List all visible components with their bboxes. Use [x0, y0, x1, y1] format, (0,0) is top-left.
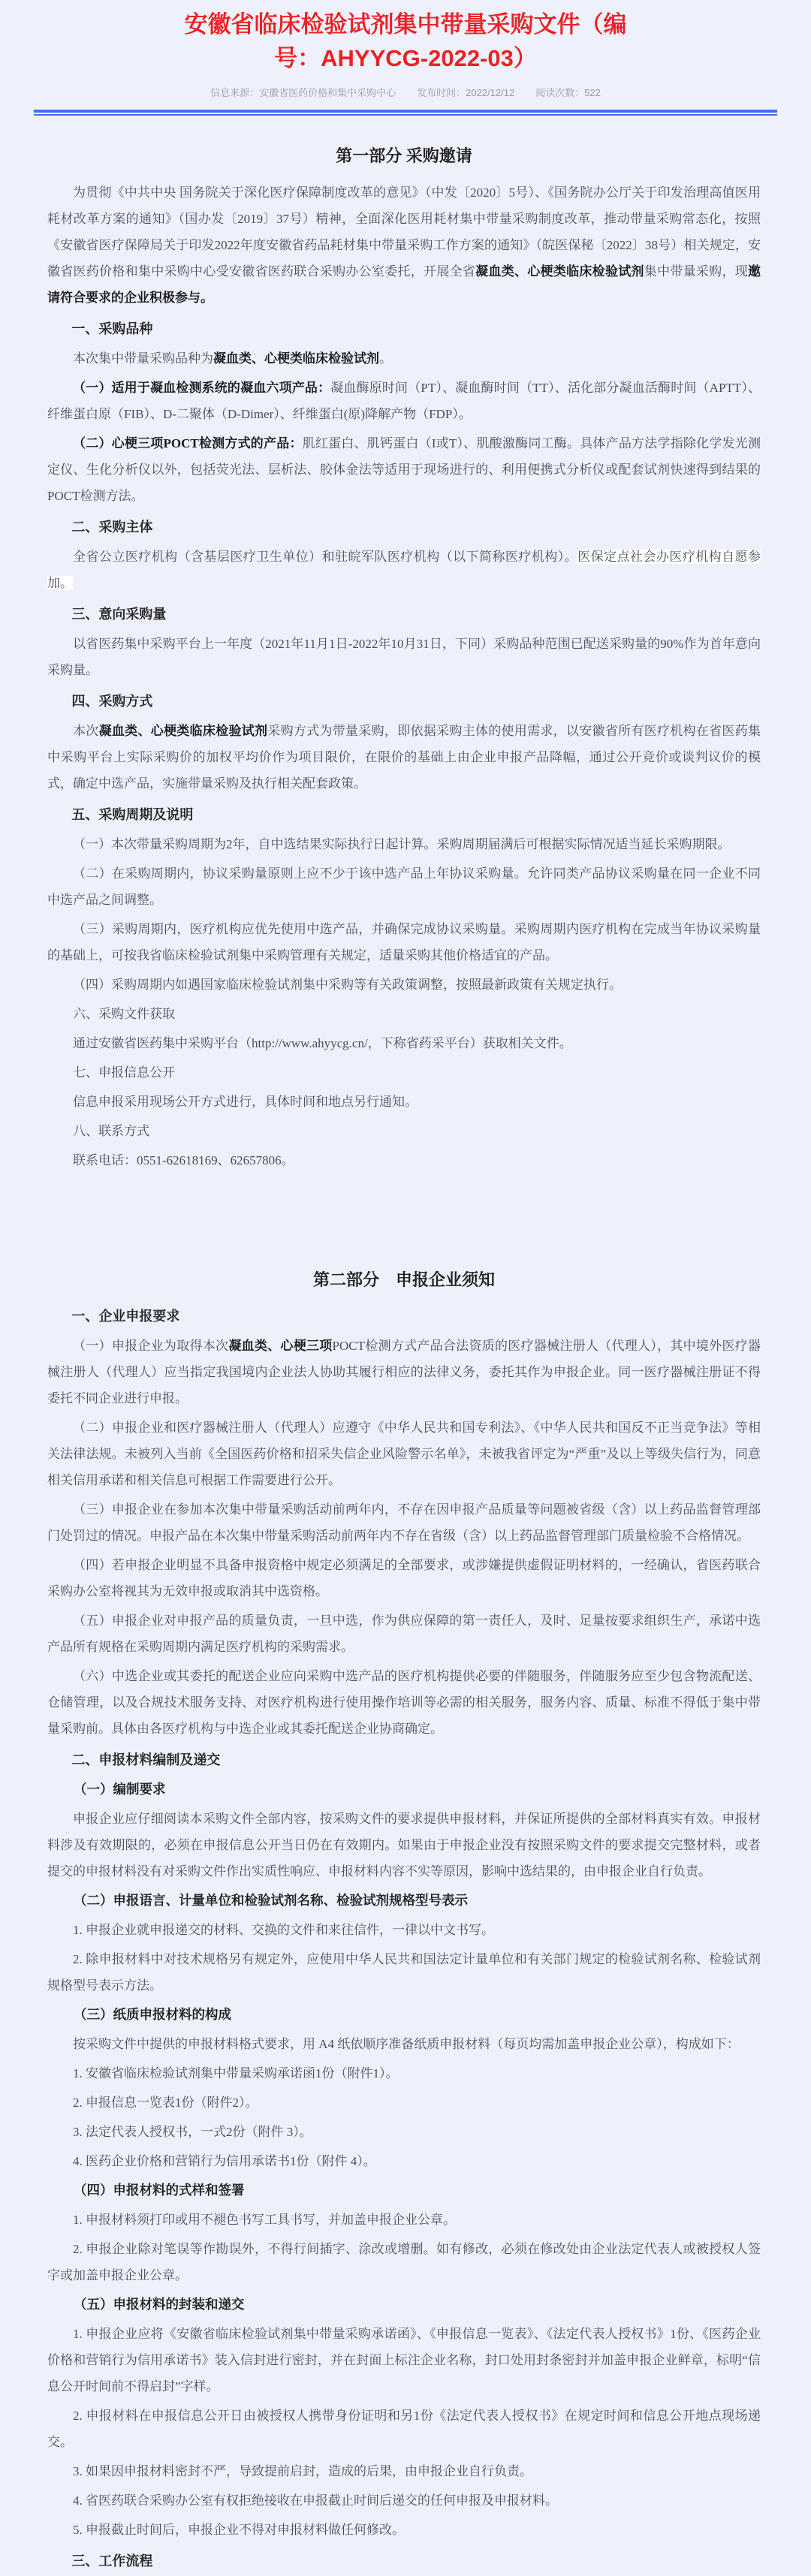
paragraph: 2. 申报信息一览表1份（附件2）。 [47, 2089, 761, 2116]
paragraph: 4. 医药企业价格和营销行为信用承诺书1份（附件 4）。 [47, 2148, 761, 2174]
text-run: 申报企业应仔细阅读本采购文件全部内容，按采购文件的要求提供申报材料，并保证所提供… [47, 1812, 761, 1879]
text-run: 一、采购品种 [71, 321, 152, 336]
section-heading: 八、联系方式 [47, 1118, 761, 1144]
part-title: 第一部分 采购邀请 [47, 143, 761, 169]
text-run: （一）编制要求 [74, 1782, 166, 1797]
paragraph: 2. 申报材料在申报信息公开日由被授权人携带身份证明和另1份《法定代表人授权书》… [47, 2403, 761, 2455]
text-run: 集中带量采购，现 [644, 264, 748, 279]
text-run: （二）在采购周期内，协议采购量原则上应不少于该中选产品上年协议采购量。允许同类产… [47, 866, 761, 907]
paragraph: （一）适用于凝血检测系统的凝血六项产品：凝血酶原时间（PT）、凝血酶时间（TT）… [47, 375, 761, 427]
paragraph: 1. 申报材料须打印或用不褪色书写工具书写，并加盖申报企业公章。 [47, 2207, 761, 2233]
text-run: 凝血类、心梗类临床检验试剂 [99, 724, 268, 738]
text-run: 通过安徽省医药集中采购平台（http://www.ahyycg.cn/，下称省药… [73, 1036, 572, 1050]
text-run: 3. 法定代表人授权书，一式2份（附件 3）。 [73, 2125, 312, 2139]
section-heading: 二、采购主体 [47, 514, 761, 541]
paragraph: 4. 省医药联合采购办公室有权拒绝接收在申报截止时间后递交的任何申报及申报材料。 [47, 2487, 761, 2514]
paragraph: 2. 申报企业除对笔误等作勘误外，不得行间插字、涂改或增删。如有修改，必须在修改… [47, 2236, 761, 2288]
paragraph: 1. 申报企业就申报递交的材料、交换的文件和来往信件，一律以中文书写。 [47, 1917, 761, 1943]
text-run: 1. 申报企业就申报递交的材料、交换的文件和来往信件，一律以中文书写。 [73, 1923, 494, 1937]
page-root: 安徽省临床检验试剂集中带量采购文件（编号：AHYYCG-2022-03） 信息来… [0, 0, 811, 2576]
text-run: 第二部分 申报企业须知 [313, 1270, 495, 1289]
text-run: 以省医药集中采购平台上一年度（2021年11月1日-2022年10月31日，下同… [47, 637, 761, 677]
paragraph: 信息申报采用现场公开方式进行，具体时间和地点另行通知。 [47, 1089, 761, 1115]
section-heading: 五、采购周期及说明 [47, 802, 761, 828]
text-run: （一）适用于凝血检测系统的凝血六项产品： [73, 381, 330, 395]
meta-publish-date: 发布时间：2022/12/12 [417, 87, 514, 98]
section-heading: 二、申报材料编制及递交 [47, 1747, 761, 1773]
paragraph: （三）采购周期内，医疗机构应优先使用中选产品，并确保完成协议采购量。采购周期内医… [47, 916, 761, 969]
paragraph: （六）中选企业或其委托的配送企业应向采购中选产品的医疗机构提供必要的伴随服务，伴… [47, 1663, 761, 1742]
text-run: 按采购文件中提供的申报材料格式要求，用 A4 纸依顺序准备纸质申报材料（每页均需… [73, 2037, 740, 2051]
text-run: （三）纸质申报材料的构成 [74, 2007, 231, 2022]
text-run: 2. 申报信息一览表1份（附件2）。 [73, 2095, 258, 2110]
text-run: 凝血类、心梗类临床检验试剂 [475, 264, 644, 279]
text-run: 信息申报采用现场公开方式进行，具体时间和地点另行通知。 [73, 1095, 418, 1109]
section-heading: 三、工作流程 [47, 2548, 761, 2574]
text-run: （一）本次带量采购周期为2年，自中选结果实际执行日起计算。采购周期届满后可根据实… [73, 837, 731, 851]
text-run: 二、申报材料编制及递交 [71, 1752, 220, 1767]
paragraph: 申报企业应仔细阅读本采购文件全部内容，按采购文件的要求提供申报材料，并保证所提供… [47, 1806, 761, 1885]
text-run: 4. 医药企业价格和营销行为信用承诺书1份（附件 4）。 [73, 2154, 376, 2168]
text-run: 1. 申报材料须打印或用不褪色书写工具书写，并加盖申报企业公章。 [73, 2213, 456, 2227]
text-run: 1. 安徽省临床检验试剂集中带量采购承诺函1份（附件1）。 [73, 2066, 399, 2080]
text-run: 联系电话：0551-62618169、62657806。 [73, 1153, 294, 1167]
paragraph: （一）本次带量采购周期为2年，自中选结果实际执行日起计算。采购周期届满后可根据实… [47, 831, 761, 857]
blue-divider [34, 110, 777, 116]
text-run: 全省公立医疗机构（含基层医疗卫生单位）和驻皖军队医疗机构（以下简称医疗机构）。 [73, 550, 577, 564]
text-run: （二）申报企业和医疗器械注册人（代理人）应遵守《中华人民共和国专利法》、《中华人… [47, 1421, 761, 1487]
document-body: 第一部分 采购邀请为贯彻《中共中央 国务院关于深化医疗保障制度改革的意见》（中发… [34, 116, 777, 2574]
text-run: 凝血类、心梗类临床检验试剂 [213, 351, 379, 366]
paragraph: （一）申报企业为取得本次凝血类、心梗三项POCT检测方式产品合法资质的医疗器械注… [47, 1333, 761, 1412]
section-heading: 四、采购方式 [47, 688, 761, 715]
paragraph: 本次集中带量采购品种为凝血类、心梗类临床检验试剂。 [47, 345, 761, 372]
paragraph: 为贯彻《中共中央 国务院关于深化医疗保障制度改革的意见》（中发〔2020〕5号）… [47, 179, 761, 311]
sub-heading: （四）申报材料的式样和签署 [47, 2177, 761, 2204]
paragraph: 联系电话：0551-62618169、62657806。 [47, 1147, 761, 1174]
paragraph: 按采购文件中提供的申报材料格式要求，用 A4 纸依顺序准备纸质申报材料（每页均需… [47, 2031, 761, 2057]
paragraph: （二）在采购周期内，协议采购量原则上应不少于该中选产品上年协议采购量。允许同类产… [47, 860, 761, 913]
section-heading: 一、采购品种 [47, 316, 761, 342]
paragraph: 5. 申报截止时间后，申报企业不得对申报材料做任何修改。 [47, 2517, 761, 2543]
page-title: 安徽省临床检验试剂集中带量采购文件（编号：AHYYCG-2022-03） [180, 0, 631, 75]
text-run: （一）申报企业为取得本次 [73, 1339, 228, 1353]
section-heading: 七、申报信息公开 [47, 1059, 761, 1086]
paragraph: 3. 法定代表人授权书，一式2份（附件 3）。 [47, 2119, 761, 2145]
text-run: 八、联系方式 [73, 1124, 149, 1138]
paragraph: 2. 除申报材料中对技术规格另有规定外，应使用中华人民共和国法定计量单位和有关部… [47, 1946, 761, 1999]
paragraph: 1. 申报企业应将《安徽省临床检验试剂集中带量采购承诺函》、《申报信息一览表》、… [47, 2321, 761, 2400]
text-run: 一、企业申报要求 [71, 1309, 179, 1324]
text-run: 六、采购文件获取 [73, 1007, 175, 1021]
paragraph: （三）申报企业在参加本次集中带量采购活动前两年内，不存在因申报产品质量等问题被省… [47, 1496, 761, 1549]
text-run: （四）若申报企业明显不具备申报资格中规定必须满足的全部要求，或涉嫌提供虚假证明材… [47, 1558, 761, 1598]
sub-heading: （二）申报语言、计量单位和检验试剂名称、检验试剂规格型号表示 [47, 1888, 761, 1914]
text-run: 七、申报信息公开 [73, 1065, 175, 1080]
article-meta: 信息来源：安徽省医药价格和集中采购中心发布时间：2022/12/12阅读次数：5… [34, 86, 777, 100]
paragraph: 本次凝血类、心梗类临床检验试剂采购方式为带量采购，即依据采购主体的使用需求，以安… [47, 718, 761, 797]
meta-source: 信息来源：安徽省医药价格和集中采购中心 [210, 87, 396, 98]
text-run: 。 [379, 351, 392, 366]
text-run: （五）申报企业对申报产品的质量负责，一旦中选，作为供应保障的第一责任人，及时、足… [47, 1613, 761, 1654]
text-run: 四、采购方式 [71, 694, 152, 709]
text-run: 1. 申报企业应将《安徽省临床检验试剂集中带量采购承诺函》、《申报信息一览表》、… [47, 2327, 761, 2394]
text-run: 3. 如果因申报材料密封不严，导致提前启封，造成的后果，由申报企业自行负责。 [73, 2464, 532, 2478]
paragraph: 以省医药集中采购平台上一年度（2021年11月1日-2022年10月31日，下同… [47, 631, 761, 683]
text-run: 5. 申报截止时间后，申报企业不得对申报材料做任何修改。 [73, 2523, 405, 2537]
part-title: 第二部分 申报企业须知 [47, 1267, 761, 1293]
paragraph: （四）采购周期内如遇国家临床检验试剂集中采购等有关政策调整，按照最新政策有关规定… [47, 972, 761, 998]
section-heading: 六、采购文件获取 [47, 1001, 761, 1027]
text-run: （四）采购周期内如遇国家临床检验试剂集中采购等有关政策调整，按照最新政策有关规定… [73, 978, 622, 992]
text-run: 三、工作流程 [71, 2553, 152, 2568]
paragraph: 1. 安徽省临床检验试剂集中带量采购承诺函1份（附件1）。 [47, 2060, 761, 2086]
section-heading: 一、企业申报要求 [47, 1303, 761, 1330]
text-run: （三）采购周期内，医疗机构应优先使用中选产品，并确保完成协议采购量。采购周期内医… [47, 922, 761, 963]
sub-heading: （三）纸质申报材料的构成 [47, 2002, 761, 2028]
text-run: （六）中选企业或其委托的配送企业应向采购中选产品的医疗机构提供必要的伴随服务，伴… [47, 1669, 761, 1736]
text-run: 三、意向采购量 [71, 607, 166, 622]
paragraph: （四）若申报企业明显不具备申报资格中规定必须满足的全部要求，或涉嫌提供虚假证明材… [47, 1552, 761, 1604]
text-run: 2. 申报企业除对笔误等作勘误外，不得行间插字、涂改或增删。如有修改，必须在修改… [47, 2242, 761, 2282]
text-run: 第一部分 采购邀请 [336, 146, 472, 165]
paragraph: （五）申报企业对申报产品的质量负责，一旦中选，作为供应保障的第一责任人，及时、足… [47, 1607, 761, 1660]
text-run: 2. 除申报材料中对技术规格另有规定外，应使用中华人民共和国法定计量单位和有关部… [47, 1952, 761, 1993]
text-run: 本次集中带量采购品种为 [73, 351, 213, 366]
text-run: 4. 省医药联合采购办公室有权拒绝接收在申报截止时间后递交的任何申报及申报材料。 [73, 2493, 558, 2508]
text-run: 五、采购周期及说明 [71, 807, 193, 822]
text-run: 二、采购主体 [71, 520, 152, 535]
paragraph: （二）申报企业和医疗器械注册人（代理人）应遵守《中华人民共和国专利法》、《中华人… [47, 1415, 761, 1493]
text-run: （二）申报语言、计量单位和检验试剂名称、检验试剂规格型号表示 [74, 1893, 468, 1908]
spacer [47, 1177, 761, 1252]
text-run: （二）心梗三项POCT检测方式的产品： [73, 436, 303, 450]
text-run: 2. 申报材料在申报信息公开日由被授权人携带身份证明和另1份《法定代表人授权书》… [47, 2409, 761, 2449]
text-run: 凝血类、心梗三项 [228, 1339, 332, 1353]
text-run: （三）申报企业在参加本次集中带量采购活动前两年内，不存在因申报产品质量等问题被省… [47, 1502, 761, 1543]
paragraph: 3. 如果因申报材料密封不严，导致提前启封，造成的后果，由申报企业自行负责。 [47, 2458, 761, 2484]
paragraph: 通过安徽省医药集中采购平台（http://www.ahyycg.cn/，下称省药… [47, 1030, 761, 1056]
sub-heading: （五）申报材料的封装和递交 [47, 2291, 761, 2318]
paragraph: （二）心梗三项POCT检测方式的产品：肌红蛋白、肌钙蛋白（I或T）、肌酸激酶同工… [47, 430, 761, 509]
text-run: 本次 [73, 724, 99, 738]
meta-view-count: 阅读次数：522 [535, 87, 601, 98]
section-heading: 三、意向采购量 [47, 601, 761, 628]
text-run: （五）申报材料的封装和递交 [74, 2297, 245, 2312]
sub-heading: （一）编制要求 [47, 1776, 761, 1803]
paragraph: 全省公立医疗机构（含基层医疗卫生单位）和驻皖军队医疗机构（以下简称医疗机构）。医… [47, 544, 761, 596]
text-run: （四）申报材料的式样和签署 [74, 2183, 245, 2198]
